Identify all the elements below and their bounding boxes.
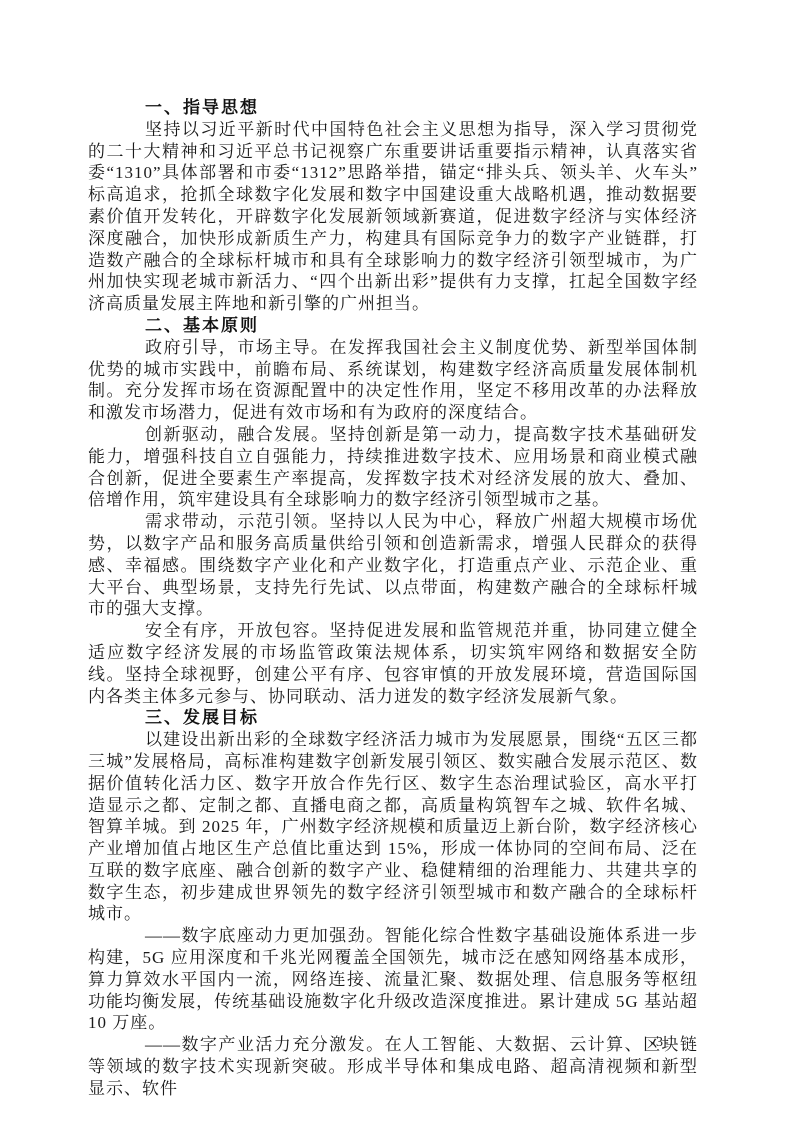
section-1-heading: 一、指导思想: [88, 97, 698, 119]
page-number: -3-: [634, 1035, 686, 1051]
section-2-paragraph-2: 创新驱动，融合发展。坚持创新是第一动力，提高数字技术基础研发能力，增强科技自立自…: [88, 424, 698, 511]
section-3-paragraph-3: ——数字产业活力充分激发。在人工智能、大数据、云计算、区块链等领域的数字技术实现…: [88, 1034, 698, 1099]
section-development-goals: 三、发展目标 以建设出新出彩的全球数字经济活力城市为发展愿景，围绕“五区三都三城…: [88, 707, 698, 1099]
section-3-paragraph-2: ——数字底座动力更加强劲。智能化综合性数字基础设施体系进一步构建，5G 应用深度…: [88, 925, 698, 1034]
section-2-paragraph-4: 安全有序，开放包容。坚持促进发展和监管规范并重，协同建立健全适应数字经济发展的市…: [88, 620, 698, 707]
section-3-paragraph-1: 以建设出新出彩的全球数字经济活力城市为发展愿景，围绕“五区三都三城”发展格局，高…: [88, 729, 698, 925]
section-3-heading: 三、发展目标: [88, 707, 698, 729]
document-page: 一、指导思想 坚持以习近平新时代中国特色社会主义思想为指导，深入学习贯彻党的二十…: [0, 0, 793, 1122]
section-2-paragraph-1: 政府引导，市场主导。在发挥我国社会主义制度优势、新型举国体制优势的城市实践中，前…: [88, 337, 698, 424]
section-guiding-ideology: 一、指导思想 坚持以习近平新时代中国特色社会主义思想为指导，深入学习贯彻党的二十…: [88, 97, 698, 315]
section-2-paragraph-3: 需求带动，示范引领。坚持以人民为中心，释放广州超大规模市场优势，以数字产品和服务…: [88, 511, 698, 620]
section-2-heading: 二、基本原则: [88, 315, 698, 337]
section-basic-principles: 二、基本原则 政府引导，市场主导。在发挥我国社会主义制度优势、新型举国体制优势的…: [88, 315, 698, 707]
document-content: 一、指导思想 坚持以习近平新时代中国特色社会主义思想为指导，深入学习贯彻党的二十…: [88, 97, 698, 1100]
section-1-paragraph-1: 坚持以习近平新时代中国特色社会主义思想为指导，深入学习贯彻党的二十大精神和习近平…: [88, 119, 698, 315]
